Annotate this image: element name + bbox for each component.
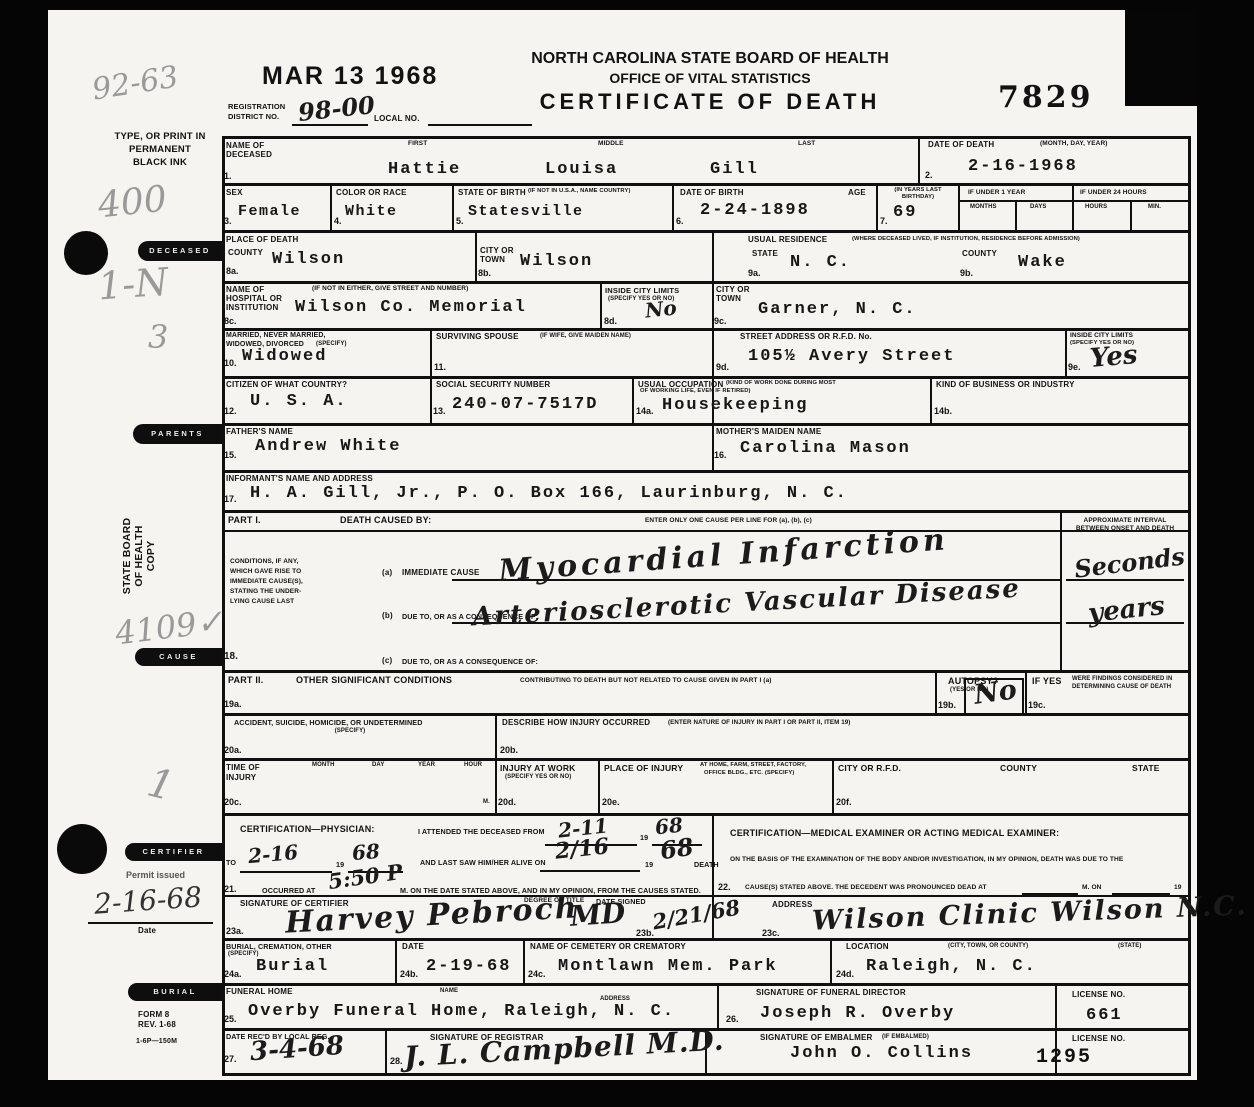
item9d-number: 9d.: [716, 362, 729, 372]
ssn-value: 240-07-7517D: [452, 395, 598, 414]
hospital-sublabel: (IF NOT IN EITHER, GIVE STREET AND NUMBE…: [312, 285, 468, 292]
state-of-birth-value: Statesville: [468, 203, 584, 220]
name-of-deceased-label1: NAME OF: [226, 141, 264, 150]
street-address-label: STREET ADDRESS OR R.F.D. No.: [740, 332, 872, 341]
director-license-label: LICENSE NO.: [1072, 990, 1125, 999]
occupation-sublabel1: (KIND OF WORK DONE DURING MOST: [726, 380, 836, 386]
item4-number: 4.: [334, 216, 342, 226]
item12-number: 12.: [224, 406, 237, 416]
due-to-c-label: DUE TO, OR AS A CONSEQUENCE OF:: [402, 657, 538, 666]
item8b-number: 8b.: [478, 268, 491, 278]
line: [222, 530, 1190, 532]
funeral-home-name-label: NAME: [440, 988, 458, 994]
date-of-birth-value: 2-24-1898: [700, 201, 810, 220]
item24a-number: 24a.: [224, 969, 242, 979]
scan-corner-black: [1125, 10, 1197, 106]
certification-examiner-label: CERTIFICATION—MEDICAL EXAMINER OR ACTING…: [730, 828, 1059, 838]
item7-number: 7.: [880, 216, 888, 226]
usual-residence-label: USUAL RESIDENCE: [748, 235, 827, 244]
informant-value: H. A. Gill, Jr., P. O. Box 166, Laurinbu…: [250, 484, 848, 503]
last-saw-label: AND LAST SAW HIM/HER ALIVE ON: [420, 858, 546, 867]
injury-city-label: CITY OR R.F.D.: [838, 763, 901, 773]
street-address-value: 105½ Avery Street: [748, 347, 955, 366]
occurred-at-label: OCCURRED AT: [262, 886, 315, 895]
accident-label: ACCIDENT, SUICIDE, HOMICIDE, OR UNDETERM…: [234, 718, 423, 727]
line: [430, 328, 432, 426]
examiner-line3: CAUSE(S) STATED ABOVE. THE DECEDENT WAS …: [745, 884, 987, 891]
cause-c-letter: (c): [382, 656, 392, 665]
certificate-title: CERTIFICATE OF DEATH: [460, 89, 960, 115]
days-label: DAYS: [1030, 204, 1047, 210]
burial-sublabel: (SPECIFY): [228, 951, 259, 957]
copy-line2: OF HEALTH: [133, 491, 145, 621]
injury-state-label: STATE: [1132, 763, 1160, 773]
ink-instruction-line2: PERMANENT: [98, 144, 222, 155]
item9c-number: 9c.: [714, 316, 727, 326]
state-of-birth-label: STATE OF BIRTH: [458, 188, 526, 197]
tab-deceased: DECEASED: [138, 241, 222, 261]
nineteen-c: 19: [645, 860, 653, 869]
last-name-label: LAST: [798, 140, 815, 147]
how-injury-sublabel: (ENTER NATURE OF INJURY IN PART I OR PAR…: [668, 719, 850, 726]
interval-label1: APPROXIMATE INTERVAL: [1062, 517, 1188, 524]
item24b-number: 24b.: [400, 969, 418, 979]
place-of-injury-label: PLACE OF INJURY: [604, 763, 683, 773]
time-of-injury-label2: INJURY: [226, 773, 256, 782]
line: [830, 938, 832, 986]
first-name-value: Hattie: [388, 160, 461, 179]
inside-city-limits-label: INSIDE CITY LIMITS: [605, 286, 679, 295]
item19b-number: 19b.: [938, 700, 956, 710]
line: [222, 713, 1190, 716]
place-of-death-label: PLACE OF DEATH: [226, 235, 298, 244]
line: [1072, 183, 1074, 233]
place-of-injury-sublabel2: OFFICE BLDG., ETC. (SPECIFY): [704, 770, 794, 776]
part1-label: PART I.: [228, 515, 261, 525]
m-on-label: M. ON: [1082, 884, 1102, 891]
line: [395, 938, 397, 986]
middle-name-value: Louisa: [545, 160, 618, 179]
surviving-spouse-label: SURVIVING SPOUSE: [436, 332, 519, 341]
item27-number: 27.: [224, 1054, 237, 1064]
item15-number: 15.: [224, 450, 237, 460]
line: [1022, 893, 1078, 895]
residence-city-label2: TOWN: [716, 294, 741, 303]
line: [88, 922, 213, 924]
hospital-label1: NAME OF: [226, 285, 264, 294]
line: [330, 183, 332, 233]
under-24-hours-label: IF UNDER 24 HOURS: [1080, 189, 1147, 196]
line: [222, 136, 1190, 139]
registration-label-line1: REGISTRATION: [228, 102, 285, 111]
item23b-number: 23b.: [636, 928, 654, 938]
place-of-injury-sublabel1: AT HOME, FARM, STREET, FACTORY,: [700, 762, 806, 768]
enter-one-cause-note: ENTER ONLY ONE CAUSE PER LINE FOR (a), (…: [645, 517, 812, 524]
line: [523, 938, 525, 986]
received-date-stamp: MAR 13 1968: [262, 62, 438, 91]
line: [958, 200, 1190, 202]
cemetery-value: Montlawn Mem. Park: [558, 957, 778, 976]
line: [385, 1028, 387, 1076]
certificate-number: 7829: [998, 80, 1094, 115]
min-label: MIN.: [1148, 204, 1161, 210]
line: [222, 423, 1190, 426]
line: [495, 713, 497, 816]
ink-instruction-line1: TYPE, OR PRINT IN: [98, 131, 222, 142]
date-of-death-value: 2-16-1968: [968, 157, 1078, 176]
item28-number: 28.: [390, 1056, 403, 1066]
conditions-note3: IMMEDIATE CAUSE(S),: [230, 578, 303, 585]
hospital-label2: HOSPITAL OR: [226, 294, 282, 303]
line: [222, 470, 1190, 473]
item13-number: 13.: [433, 406, 446, 416]
funeral-home-label: FUNERAL HOME: [226, 987, 293, 996]
year-label: YEAR: [418, 762, 435, 768]
address-label: ADDRESS: [772, 900, 813, 909]
marital-status-value: Widowed: [242, 347, 327, 366]
item24d-number: 24d.: [836, 969, 854, 979]
day-label: DAY: [372, 762, 384, 768]
industry-label: KIND OF BUSINESS OR INDUSTRY: [936, 380, 1075, 389]
item2-number: 2.: [925, 170, 933, 180]
line: [222, 376, 1190, 379]
director-license-value: 661: [1086, 1006, 1123, 1025]
line: [1188, 136, 1191, 1076]
hospital-label3: INSTITUTION: [226, 303, 278, 312]
item9a-number: 9a.: [748, 268, 761, 278]
line: [475, 230, 477, 284]
date-of-death-sublabel: (MONTH, DAY, YEAR): [1040, 140, 1108, 147]
embalmer-label: SIGNATURE OF EMBALMER: [760, 1033, 873, 1042]
line: [222, 983, 1190, 986]
to-label: TO: [226, 858, 236, 867]
line: [1130, 200, 1132, 233]
form-number-line1: FORM 8: [138, 1010, 169, 1019]
item20a-number: 20a.: [224, 745, 242, 755]
item3-number: 3.: [224, 216, 232, 226]
item20c-number: 20c.: [224, 797, 242, 807]
item9b-number: 9b.: [960, 268, 973, 278]
line: [540, 870, 640, 872]
line: [292, 124, 368, 126]
line: [222, 230, 1190, 233]
item5-number: 5.: [456, 216, 464, 226]
date-of-death-label: DATE OF DEATH: [928, 140, 994, 149]
line: [240, 871, 332, 873]
part2-label: PART II.: [228, 675, 263, 685]
item14b-number: 14b.: [934, 406, 952, 416]
how-injury-label: DESCRIBE HOW INJURY OCCURRED: [502, 718, 650, 727]
line: [222, 758, 1190, 761]
mother-name-label: MOTHER'S MAIDEN NAME: [716, 427, 821, 436]
permit-issued-label: Permit issued: [126, 870, 185, 880]
funeral-home-value: Overby Funeral Home, Raleigh, N. C.: [248, 1002, 675, 1021]
cause-a-letter: (a): [382, 568, 392, 577]
tab-cause: CAUSE: [135, 648, 222, 666]
autopsy-value: No: [972, 674, 1019, 711]
scanned-death-certificate: 92-63 TYPE, OR PRINT IN PERMANENT BLACK …: [0, 0, 1254, 1107]
date-label-margin: Date: [138, 926, 156, 935]
interval-label2: BETWEEN ONSET AND DEATH: [1062, 525, 1188, 532]
item8a-number: 8a.: [226, 266, 239, 276]
line: [1060, 510, 1062, 673]
item8c-number: 8c.: [224, 316, 237, 326]
county-label: COUNTY: [228, 248, 263, 257]
line: [222, 813, 1190, 816]
line: [600, 281, 602, 331]
cemetery-label: NAME OF CEMETERY OR CREMATORY: [530, 942, 686, 951]
last-alive-year: 68: [658, 832, 695, 865]
conditions-note4: STATING THE UNDER-: [230, 588, 301, 595]
line: [935, 670, 937, 716]
line: [832, 758, 834, 816]
item11-number: 11.: [434, 362, 446, 372]
item9e-number: 9e.: [1068, 362, 1081, 372]
residence-state-value: N. C.: [790, 253, 851, 272]
hospital-value: Wilson Co. Memorial: [295, 298, 527, 317]
usual-residence-sublabel: (WHERE DECEASED LIVED, IF INSTITUTION, R…: [852, 236, 1080, 242]
death-word: DEATH: [694, 860, 719, 869]
line: [222, 510, 1190, 513]
line: [918, 136, 920, 186]
death-caused-by-label: DEATH CAUSED BY:: [340, 515, 431, 525]
item17-number: 17.: [224, 494, 237, 504]
race-value: White: [345, 203, 398, 220]
inside-city-limits2-value: Yes: [1089, 340, 1139, 374]
line: [876, 183, 878, 233]
residence-county-label: COUNTY: [962, 249, 997, 258]
item10-number: 10.: [224, 358, 237, 368]
sex-value: Female: [238, 203, 301, 220]
death-county-value: Wilson: [272, 250, 345, 269]
line: [222, 670, 1190, 673]
item23c-number: 23c.: [762, 928, 780, 938]
item19c-number: 19c.: [1028, 700, 1046, 710]
name-of-deceased-label2: DECEASED: [226, 150, 272, 159]
funeral-director-value: Joseph R. Overby: [760, 1004, 955, 1023]
pencil-note-1n: 1-N: [97, 260, 170, 309]
line: [222, 938, 1190, 941]
conditions-note2: WHICH GAVE RISE TO: [230, 568, 301, 575]
item20e-number: 20e.: [602, 797, 620, 807]
line: [712, 423, 714, 473]
mother-name-value: Carolina Mason: [740, 439, 911, 458]
org-name-line2: OFFICE OF VITAL STATISTICS: [460, 70, 960, 86]
findings-sublabel2: DETERMINING CAUSE OF DEATH: [1072, 684, 1171, 690]
line: [222, 183, 1190, 186]
line: [930, 376, 932, 426]
residence-state-label: STATE: [752, 249, 778, 258]
pencil-note-400: 400: [96, 179, 169, 227]
attended-from-label: I ATTENDED THE DECEASED FROM: [418, 827, 545, 836]
city-or-town-label1: CITY OR: [480, 246, 514, 255]
line: [428, 124, 532, 126]
informant-label: INFORMANT'S NAME AND ADDRESS: [226, 474, 373, 483]
item22-number: 22.: [718, 882, 731, 892]
age-label: AGE: [848, 188, 866, 197]
surviving-spouse-sublabel: (IF WIFE, GIVE MAIDEN NAME): [540, 333, 631, 339]
line: [598, 758, 600, 816]
line: [958, 183, 960, 233]
tab-parents: PARENTS: [133, 424, 222, 444]
date-signed-label: DATE SIGNED: [596, 897, 646, 906]
injury-county-label: COUNTY: [1000, 763, 1037, 773]
injury-at-work-label: INJURY AT WORK: [500, 763, 576, 773]
injury-at-work-sublabel: (SPECIFY YES OR NO): [505, 774, 571, 780]
other-conditions-sublabel: CONTRIBUTING TO DEATH BUT NOT RELATED TO…: [520, 677, 772, 684]
occupation-sublabel2: OF WORKING LIFE, EVEN IF RETIRED): [640, 388, 751, 394]
hours-label: HOURS: [1085, 204, 1107, 210]
line: [222, 136, 225, 1076]
burial-date-value: 2-19-68: [426, 957, 511, 976]
citizen-label: CITIZEN OF WHAT COUNTRY?: [226, 380, 347, 389]
item1-number: 1.: [224, 171, 232, 181]
burial-date-label: DATE: [402, 942, 424, 951]
item6-number: 6.: [676, 216, 684, 226]
form-number-line2: REV. 1-68: [138, 1020, 176, 1029]
registration-label-line2: DISTRICT NO.: [228, 112, 279, 121]
age-sublabel2: BIRTHDAY): [880, 194, 956, 200]
item14a-number: 14a.: [636, 406, 654, 416]
copy-line1: STATE BOARD: [121, 491, 133, 621]
line: [1025, 670, 1027, 716]
death-city-value: Wilson: [520, 252, 593, 271]
hour-label: HOUR: [464, 762, 482, 768]
location-sublabel1: (CITY, TOWN, OR COUNTY): [948, 943, 1028, 949]
line: [452, 183, 454, 233]
item24c-number: 24c.: [528, 969, 546, 979]
age-sublabel1: (IN YEARS LAST: [880, 187, 956, 193]
months-label: MONTHS: [970, 204, 997, 210]
local-no-label: LOCAL NO.: [374, 114, 420, 123]
embalmer-license-value: 1295: [1036, 1046, 1092, 1069]
ssn-label: SOCIAL SECURITY NUMBER: [436, 380, 550, 389]
other-conditions-label: OTHER SIGNIFICANT CONDITIONS: [296, 675, 452, 685]
nineteen-examiner: 19: [1174, 884, 1182, 891]
occupation-value: Housekeeping: [662, 396, 808, 415]
citizen-value: U. S. A.: [250, 392, 348, 411]
m-label: M.: [483, 799, 490, 805]
location-value: Raleigh, N. C.: [866, 957, 1037, 976]
embalmer-value: John O. Collins: [790, 1044, 973, 1063]
burial-label: BURIAL, CREMATION, OTHER: [226, 942, 332, 951]
org-name-line1: NORTH CAROLINA STATE BOARD OF HEALTH: [460, 50, 960, 68]
form-number-line3: 1-6P—150M: [136, 1038, 177, 1045]
line: [222, 281, 1190, 284]
race-label: COLOR OR RACE: [336, 188, 407, 197]
findings-sublabel1: WERE FINDINGS CONSIDERED IN: [1072, 676, 1172, 682]
item21-number: 21.: [224, 884, 237, 894]
if-yes-label: IF YES: [1032, 676, 1062, 686]
burial-method-value: Burial: [256, 957, 329, 976]
time-of-injury-label1: TIME OF: [226, 763, 260, 772]
under-1-year-label: IF UNDER 1 YEAR: [968, 189, 1025, 196]
embalmer-sublabel: (IF EMBALMED): [882, 1034, 929, 1040]
nineteen-a: 19: [640, 833, 648, 842]
inside-city-limits-value: No: [644, 295, 678, 322]
residence-city-value: Garner, N. C.: [758, 300, 917, 319]
immediate-cause-label: IMMEDIATE CAUSE: [402, 568, 480, 577]
father-name-label: FATHER'S NAME: [226, 427, 293, 436]
item23a-number: 23a.: [226, 926, 244, 936]
accident-sublabel: (SPECIFY): [300, 728, 400, 734]
residence-city-label1: CITY OR: [716, 285, 750, 294]
certification-physician-label: CERTIFICATION—PHYSICIAN:: [240, 824, 375, 834]
cause-b-letter: (b): [382, 611, 393, 620]
copy-designation: STATE BOARD OF HEALTH COPY: [121, 491, 169, 621]
date-of-birth-label: DATE OF BIRTH: [680, 188, 744, 197]
middle-name-label: MIDDLE: [598, 140, 624, 147]
residence-county-value: Wake: [1018, 253, 1067, 272]
attended-to-date: 2-16: [247, 840, 299, 868]
first-name-label: FIRST: [408, 140, 427, 147]
copy-line3: COPY: [145, 491, 157, 621]
last-name-value: Gill: [710, 160, 759, 179]
location-label: LOCATION: [846, 942, 889, 951]
item20f-number: 20f.: [836, 797, 852, 807]
location-sublabel2: (STATE): [1118, 943, 1141, 949]
inside-city-limits2-label: INSIDE CITY LIMITS: [1070, 332, 1133, 339]
hole-punch-bottom: [57, 824, 107, 874]
item19a-number: 19a.: [224, 699, 242, 709]
month-label: MONTH: [312, 762, 335, 768]
line: [222, 328, 1190, 331]
state-of-birth-sublabel: (IF NOT IN U.S.A., NAME COUNTRY): [528, 188, 631, 194]
line: [1065, 328, 1067, 378]
conditions-note5: LYING CAUSE LAST: [230, 598, 294, 605]
line: [1015, 200, 1017, 233]
line: [632, 376, 634, 426]
ink-instruction-line3: BLACK INK: [98, 157, 222, 168]
item16-number: 16.: [714, 450, 727, 460]
examiner-line2: ON THE BASIS OF THE EXAMINATION OF THE B…: [730, 856, 1123, 863]
conditions-note1: CONDITIONS, IF ANY,: [230, 558, 298, 565]
item20d-number: 20d.: [498, 797, 516, 807]
marital-label1: MARRIED, NEVER MARRIED,: [226, 332, 326, 339]
tab-burial: BURIAL: [128, 983, 222, 1001]
tab-certifier: CERTIFIER: [125, 843, 222, 861]
sex-label: SEX: [226, 188, 243, 197]
item25-number: 25.: [224, 1014, 237, 1024]
embalmer-license-label: LICENSE NO.: [1072, 1034, 1125, 1043]
funeral-director-label: SIGNATURE OF FUNERAL DIRECTOR: [756, 988, 906, 997]
item8d-number: 8d.: [604, 316, 617, 326]
item20b-number: 20b.: [500, 745, 518, 755]
pencil-note-3: 3: [148, 318, 168, 356]
city-or-town-label2: TOWN: [480, 255, 505, 264]
age-value: 69: [893, 203, 917, 222]
line: [672, 183, 674, 233]
father-name-value: Andrew White: [255, 437, 401, 456]
item26-number: 26.: [726, 1014, 739, 1024]
item18-number: 18.: [224, 651, 238, 662]
